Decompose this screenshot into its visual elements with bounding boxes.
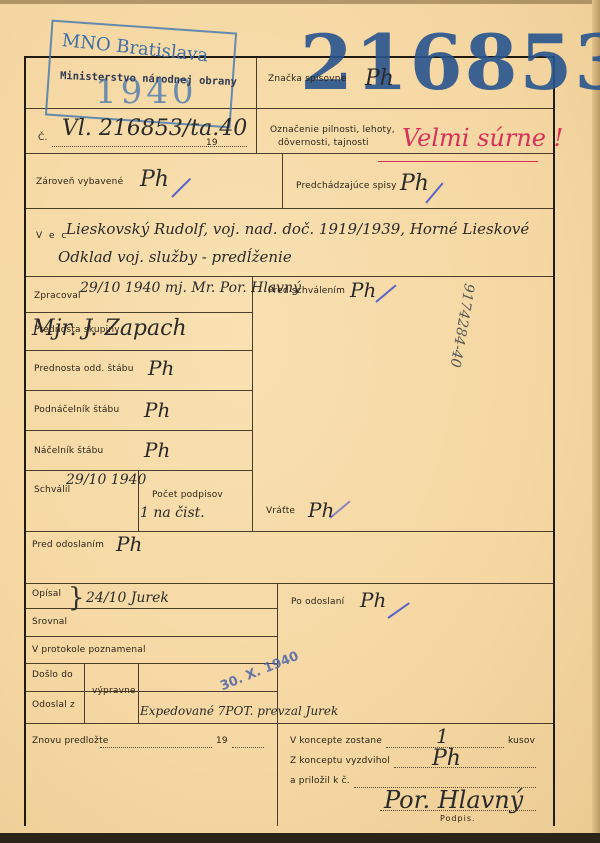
left-column-divider <box>252 276 253 531</box>
cislo-label: Č. <box>38 133 48 143</box>
row-line <box>26 663 277 664</box>
opisal-label: Opísal <box>32 589 61 599</box>
header-divider <box>256 58 257 153</box>
znacka-value: Ph <box>365 66 394 91</box>
oznacenie-label-line1: Označenie pilnosti, lehoty, <box>270 125 395 135</box>
znovu-year-prefix: 19 <box>216 736 228 746</box>
po-odoslani-value: Ph <box>360 588 386 612</box>
schvalil-label: Schválil <box>34 485 70 495</box>
vec-line1: Lieskovský Rudolf, voj. nad. doč. 1919/1… <box>66 220 529 238</box>
scanned-document-page: MNO Bratislava 1940 Ministerstvo národne… <box>0 0 600 843</box>
predchadzajuce-value: Ph <box>400 171 429 196</box>
cislo-value: Vl. 216853/ta.40 <box>62 116 247 141</box>
row-line <box>26 608 277 609</box>
page-top-edge <box>0 0 600 4</box>
row-line <box>26 276 553 277</box>
vypravne-label: výpravne <box>92 686 136 696</box>
dispatch-divider <box>277 583 278 723</box>
podpis-label: Podpis. <box>440 814 476 823</box>
dispatch-note: Expedované 7POT. prevzal Jurek <box>140 704 338 718</box>
znacka-label: Značka spisovne <box>268 74 346 84</box>
opisal-value: 24/10 Jurek <box>86 590 169 606</box>
zaroven-label: Zároveň vybavené <box>36 177 123 187</box>
znovu-year-dotted-line <box>232 747 264 748</box>
koncept-value: 1 <box>436 724 449 748</box>
schvalil-value: 29/10 1940 <box>66 472 146 488</box>
file-number-stamp: 216853 <box>300 18 600 107</box>
pred-schvalenim-label: Pred schválením <box>268 286 345 296</box>
dispatch-inner-divider <box>84 663 85 723</box>
vec-line2: Odklad voj. služby - predĺženie <box>58 248 292 266</box>
podnacelnik-label: Podnáčelník štábu <box>34 405 119 415</box>
kusov-label: kusov <box>508 736 535 746</box>
row-line <box>26 430 252 431</box>
dispatch-inner-divider <box>138 663 139 723</box>
row-line <box>26 691 277 692</box>
side-reference-number: 9174284-40 <box>446 282 477 368</box>
row-line <box>26 583 553 584</box>
blue-check-mark <box>171 178 191 198</box>
srovnal-label: Srovnal <box>32 617 67 627</box>
pocet-podpisov-value: 1 na čist. <box>140 505 205 521</box>
officer-signature: Por. Hlavný <box>384 786 523 814</box>
vyzdvihol-label: Z konceptu vyzdvihol <box>290 756 390 766</box>
header-row-line <box>256 108 553 109</box>
oznacenie-label-line2: dôvernosti, tajnosti <box>278 138 369 148</box>
prednosta-skupiny-signature: Mjr. J. Zapach <box>32 316 187 341</box>
form-left-border <box>24 56 26 826</box>
urgency-annotation: Velmi súrne ! <box>402 124 563 152</box>
podnacelnik-value: Ph <box>144 398 170 422</box>
blue-check-mark <box>387 602 409 619</box>
row-line <box>26 208 553 209</box>
prilozil-label: a priložil k č. <box>290 776 350 786</box>
vratte-label: Vráťte <box>266 506 295 516</box>
dispatch-date-stamp: 30. X. 1940 <box>218 649 301 694</box>
pred-schvalenim-value: Ph <box>350 278 376 302</box>
row-line <box>26 531 553 532</box>
form-right-border <box>553 56 555 826</box>
row-divider <box>282 153 283 208</box>
pred-odoslanim-value: Ph <box>116 532 142 556</box>
zpracoval-label: Zpracoval <box>34 291 81 301</box>
pred-odoslanim-label: Pred odoslaním <box>32 540 104 550</box>
row-line <box>26 153 553 154</box>
page-bottom-edge <box>0 833 600 843</box>
cislo-year-prefix: 19 <box>206 138 218 148</box>
page-right-edge <box>592 0 600 843</box>
prednosta-odd-label: Prednosta odd. štábu <box>34 364 134 374</box>
opisal-brace: } <box>68 583 85 613</box>
footer-divider <box>277 723 278 826</box>
nacelnik-value: Ph <box>144 438 170 462</box>
po-odoslani-label: Po odoslaní <box>291 597 344 607</box>
zaroven-value: Ph <box>140 167 169 192</box>
nacelnik-label: Náčelník štábu <box>34 446 103 456</box>
row-line <box>26 723 553 724</box>
pocet-podpisov-label: Počet podpisov <box>152 490 223 500</box>
koncept-label: V koncepte zostane <box>290 736 382 746</box>
row-line <box>26 636 277 637</box>
protokol-label: V protokole poznamenal <box>32 645 146 655</box>
prednosta-odd-value: Ph <box>148 356 174 380</box>
row-line <box>26 312 252 313</box>
predchadzajuce-label: Predchádzajúce spisy <box>296 181 397 191</box>
row-line <box>26 470 252 471</box>
vyzdvihol-dotted-line <box>394 767 536 768</box>
vec-label: V e c <box>36 231 68 241</box>
urgency-underline <box>378 161 538 162</box>
vyzdvihol-value: Ph <box>432 746 461 771</box>
odoslal-label: Odoslal z <box>32 700 75 710</box>
blue-check-mark <box>375 285 396 303</box>
row-line <box>26 390 252 391</box>
row-line <box>26 350 252 351</box>
znovu-predlozte-label: Znovu predložte <box>32 736 109 746</box>
doslo-label: Došlo do <box>32 670 73 680</box>
znovu-dotted-line <box>100 747 212 748</box>
